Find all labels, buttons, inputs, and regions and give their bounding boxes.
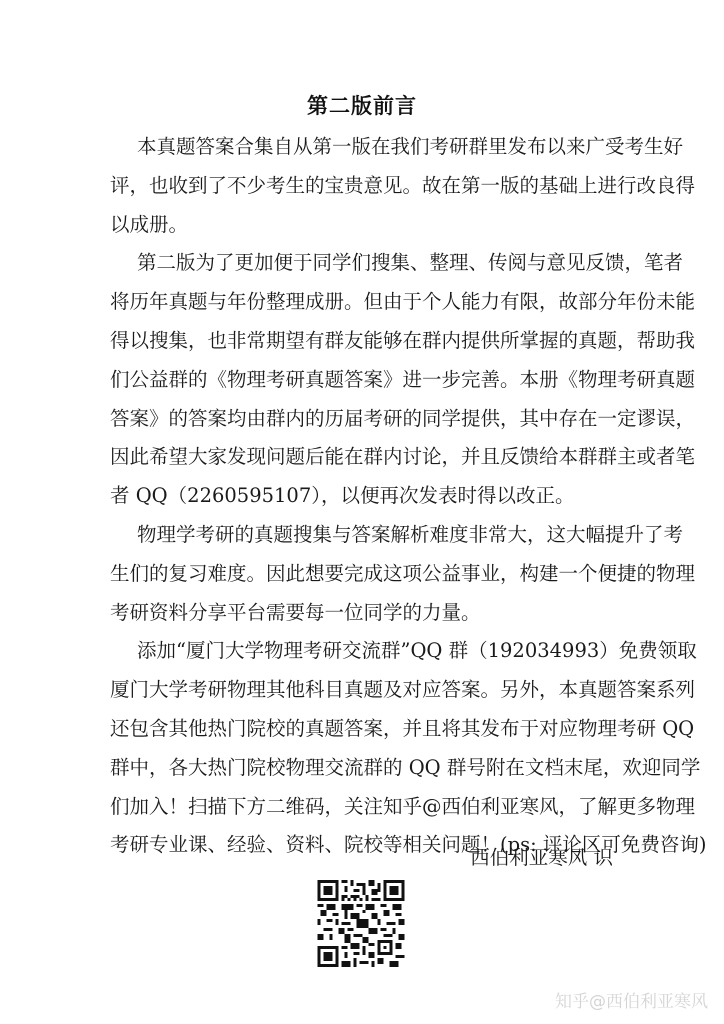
document-page: 第二版前言 本真题答案合集自从第一版在我们考研群里发布以来广受考生好 评，也收到… [0,0,724,1024]
text-line: 生们的复习难度。因此想要完成这项公益事业，构建一个便捷的物理 [110,555,613,594]
text-line: 添加“厦门大学物理考研交流群”QQ 群（192034993）免费领取 [110,632,613,671]
text-line: 考研资料分享平台需要每一位同学的力量。 [110,594,613,633]
text-line: 本真题答案合集自从第一版在我们考研群里发布以来广受考生好 [110,128,613,167]
paragraph-4: 添加“厦门大学物理考研交流群”QQ 群（192034993）免费领取 厦门大学考… [110,632,613,865]
paragraph-2: 第二版为了更加便于同学们搜集、整理、传阅与意见反馈，笔者 将历年真题与年份整理成… [110,244,613,516]
text-line: 者 QQ（2260595107），以便再次发表时得以改正。 [110,477,613,516]
paragraph-3: 物理学考研的真题搜集与答案解析难度非常大，这大幅提升了考 生们的复习难度。因此想… [110,516,613,632]
preface-body: 本真题答案合集自从第一版在我们考研群里发布以来广受考生好 评，也收到了不少考生的… [110,128,613,865]
text-line: 群中，各大热门院校物理交流群的 QQ 群号附在文档末尾，欢迎同学 [110,749,613,788]
text-line: 因此希望大家发现问题后能在群内讨论，并且反馈给本群群主或者笔 [110,438,613,477]
text-line: 厦门大学考研物理其他科目真题及对应答案。另外，本真题答案系列 [110,671,613,710]
author-signature: 西伯利亚寒风 识 [470,842,613,870]
text-line: 物理学考研的真题搜集与答案解析难度非常大，这大幅提升了考 [110,516,613,555]
text-line: 得以搜集，也非常期望有群友能够在群内提供所掌握的真题，帮助我 [110,322,613,361]
zhihu-watermark: 知乎@西伯利亚寒风 [555,987,708,1012]
text-line: 评，也收到了不少考生的宝贵意见。故在第一版的基础上进行改良得 [110,167,613,206]
text-line: 还包含其他热门院校的真题答案，并且将其发布于对应物理考研 QQ [110,710,613,749]
text-line: 答案》的答案均由群内的历届考研的同学提供，其中存在一定谬误， [110,400,613,439]
text-line: 们公益群的《物理考研真题答案》进一步完善。本册《物理考研真题 [110,361,613,400]
page-title: 第二版前言 [0,90,724,120]
text-line: 们加入！扫描下方二维码，关注知乎@西伯利亚寒风，了解更多物理 [110,788,613,827]
text-line: 以成册。 [110,206,613,245]
text-line: 将历年真题与年份整理成册。但由于个人能力有限，故部分年份未能 [110,283,613,322]
qr-code-icon[interactable] [316,880,406,967]
text-line: 第二版为了更加便于同学们搜集、整理、传阅与意见反馈，笔者 [110,244,613,283]
paragraph-1: 本真题答案合集自从第一版在我们考研群里发布以来广受考生好 评，也收到了不少考生的… [110,128,613,244]
